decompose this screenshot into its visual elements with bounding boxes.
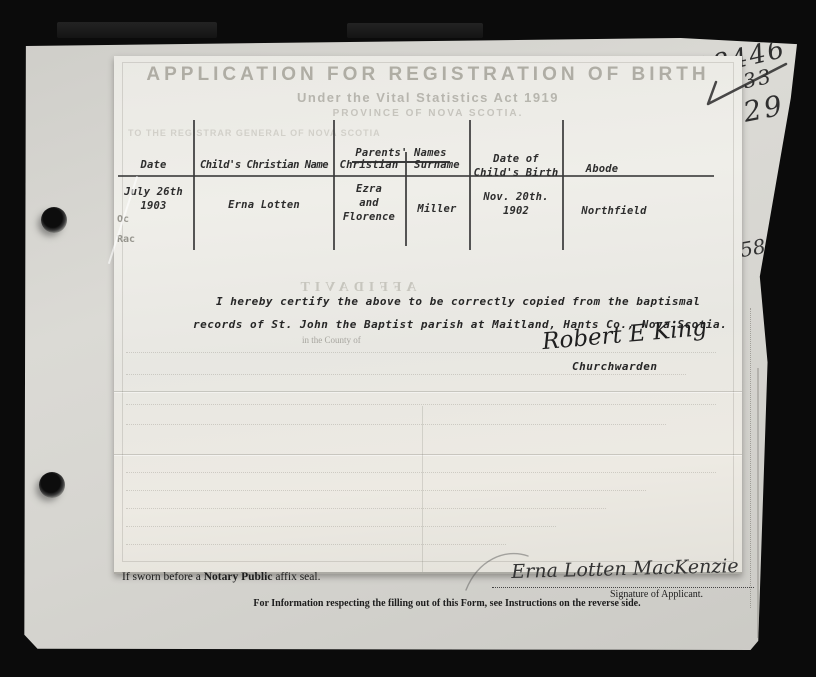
notary-suffix: affix seal. <box>272 571 320 583</box>
margin-fragment-2: Rac <box>117 234 135 245</box>
cell-parent-christian: Ezra and Florence <box>335 182 403 225</box>
cell-parent-surname: Miller <box>407 202 467 216</box>
col-header-surname: Surname <box>407 158 467 172</box>
notary-prefix: If sworn before a <box>122 571 204 583</box>
faint-rule <box>126 424 666 425</box>
hole-punch-top <box>41 207 67 233</box>
cell-abode: Northfield <box>564 204 664 218</box>
binding-strip-left <box>57 22 217 38</box>
table-rule-v5 <box>562 120 564 250</box>
fold-crease-vertical <box>422 406 423 572</box>
scanned-document-view: 18446 ~433 1129 58 APPLICATION FOR REGIS… <box>0 0 816 677</box>
form-province-line: PROVINCE OF NOVA SCOTIA. <box>114 108 742 119</box>
cell-birth-date: Nov. 20th. 1902 <box>471 190 561 218</box>
faint-rule <box>126 404 716 405</box>
faint-rule <box>126 472 716 473</box>
faint-rule <box>126 526 556 527</box>
fold-crease-horizontal-2 <box>114 454 742 455</box>
county-faint-fragment: in the County of <box>302 335 361 345</box>
cell-child-name: Erna Lotten <box>196 198 332 212</box>
form-title: APPLICATION FOR REGISTRATION OF BIRTH <box>114 64 742 86</box>
signature-dotted-line <box>492 587 754 588</box>
album-page: 18446 ~433 1129 58 APPLICATION FOR REGIS… <box>22 38 797 650</box>
binding-strip-right <box>347 23 483 38</box>
col-header-birth-date: Date of Child's Birth <box>471 152 561 180</box>
faint-rule <box>126 544 506 545</box>
col-header-child-name: Child's Christian Name <box>196 158 332 172</box>
notary-bold: Notary Public <box>204 571 273 583</box>
faint-rule <box>126 508 606 509</box>
faint-rule <box>126 374 686 375</box>
faint-rule <box>126 352 716 353</box>
col-header-christian: Christian <box>335 158 403 172</box>
archive-side-number: 58 <box>738 234 767 262</box>
certificate-sheet: APPLICATION FOR REGISTRATION OF BIRTH Un… <box>114 56 742 574</box>
certification-line-1: I hereby certify the above to be correct… <box>216 294 700 311</box>
fold-crease-horizontal-1 <box>114 391 742 392</box>
form-subtitle: Under the Vital Statistics Act 1919 <box>114 90 742 105</box>
faint-rule <box>126 490 646 491</box>
table-rule-v1 <box>193 120 195 250</box>
hole-punch-bottom <box>39 472 65 498</box>
notary-seal-line: If sworn before a Notary Public affix se… <box>122 571 320 583</box>
col-header-abode: Abode <box>564 162 640 176</box>
instructions-line: For Information respecting the filling o… <box>217 598 677 609</box>
col-header-date: Date <box>114 158 193 172</box>
page-edge-line <box>757 368 759 638</box>
table-rule-v4 <box>469 120 471 250</box>
